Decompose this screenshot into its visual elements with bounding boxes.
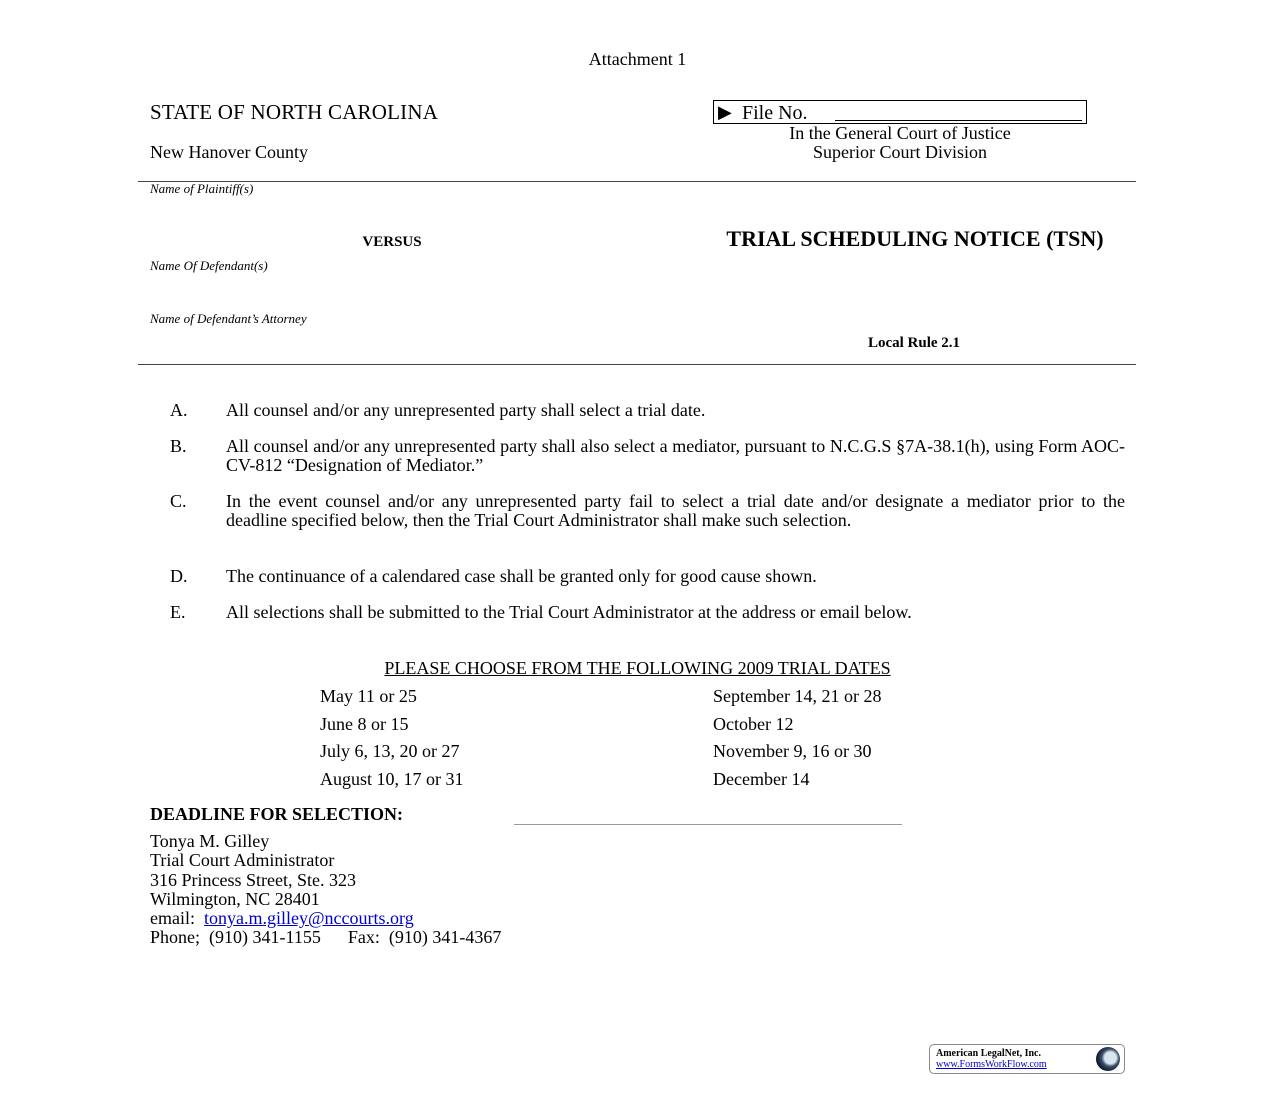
court-line-1: In the General Court of Justice bbox=[713, 123, 1087, 144]
item-text: All selections shall be submitted to the… bbox=[226, 603, 1125, 622]
fax-number: (910) 341-4367 bbox=[389, 927, 501, 947]
file-number-field[interactable]: ▶ File No. bbox=[713, 100, 1087, 124]
email-label: email: bbox=[150, 908, 195, 928]
attorney-label: Name of Defendant’s Attorney bbox=[150, 311, 307, 327]
trial-dates-left-column: May 11 or 25 June 8 or 15 July 6, 13, 20… bbox=[320, 683, 464, 793]
local-rule: Local Rule 2.1 bbox=[800, 335, 1028, 352]
email-link[interactable]: tonya.m.gilley@nccourts.org bbox=[204, 908, 414, 928]
instruction-item-d: D. The continuance of a calendared case … bbox=[170, 567, 1125, 586]
court-line-2: Superior Court Division bbox=[713, 142, 1087, 163]
badge-company: American LegalNet, Inc. bbox=[936, 1048, 1041, 1059]
contact-name: Tonya M. Gilley bbox=[150, 832, 501, 851]
phone-label: Phone; bbox=[150, 927, 200, 947]
deadline-field[interactable] bbox=[514, 824, 902, 825]
contact-title: Trial Court Administrator bbox=[150, 851, 501, 870]
item-text: The continuance of a calendared case sha… bbox=[226, 567, 1125, 586]
state-name: STATE OF NORTH CAROLINA bbox=[150, 100, 438, 125]
notice-title: TRIAL SCHEDULING NOTICE (TSN) bbox=[700, 227, 1130, 250]
trial-dates-heading: PLEASE CHOOSE FROM THE FOLLOWING 2009 TR… bbox=[0, 658, 1275, 679]
item-letter: B. bbox=[170, 437, 187, 456]
right-triangle-icon: ▶ bbox=[718, 102, 732, 122]
contact-email-row: email: tonya.m.gilley@nccourts.org bbox=[150, 909, 501, 928]
contact-phone-row: Phone; (910) 341-1155 Fax: (910) 341-436… bbox=[150, 928, 501, 947]
contact-address-2: Wilmington, NC 28401 bbox=[150, 890, 501, 909]
trial-date-option: October 12 bbox=[713, 711, 881, 739]
defendant-label: Name Of Defendant(s) bbox=[150, 258, 268, 274]
contact-block: Tonya M. Gilley Trial Court Administrato… bbox=[150, 832, 501, 948]
divider-top bbox=[138, 181, 1136, 182]
file-number-label: File No. bbox=[742, 102, 808, 124]
item-text: All counsel and/or any unrepresented par… bbox=[226, 401, 1125, 420]
american-legalnet-badge[interactable]: American LegalNet, Inc. www.FormsWorkFlo… bbox=[929, 1044, 1125, 1074]
deadline-label: DEADLINE FOR SELECTION: bbox=[150, 804, 403, 825]
instruction-item-b: B. All counsel and/or any unrepresented … bbox=[170, 437, 1125, 475]
fax-label: Fax: bbox=[348, 927, 380, 947]
instruction-item-c: C. In the event counsel and/or any unrep… bbox=[170, 492, 1125, 530]
trial-date-option: August 10, 17 or 31 bbox=[320, 766, 464, 794]
item-letter: A. bbox=[170, 401, 188, 420]
trial-date-option: September 14, 21 or 28 bbox=[713, 683, 881, 711]
badge-url-link[interactable]: www.FormsWorkFlow.com bbox=[936, 1059, 1047, 1070]
trial-date-option: May 11 or 25 bbox=[320, 683, 464, 711]
item-text: All counsel and/or any unrepresented par… bbox=[226, 437, 1125, 475]
trial-date-option: December 14 bbox=[713, 766, 881, 794]
phone-number: (910) 341-1155 bbox=[209, 927, 321, 947]
instruction-item-e: E. All selections shall be submitted to … bbox=[170, 603, 1125, 622]
county-name: New Hanover County bbox=[150, 142, 308, 163]
item-letter: D. bbox=[170, 567, 188, 586]
divider-bottom bbox=[138, 364, 1136, 365]
contact-address-1: 316 Princess Street, Ste. 323 bbox=[150, 871, 501, 890]
item-letter: C. bbox=[170, 492, 187, 511]
file-number-value[interactable] bbox=[835, 120, 1082, 121]
versus-label: VERSUS bbox=[292, 234, 492, 251]
instruction-item-a: A. All counsel and/or any unrepresented … bbox=[170, 401, 1125, 420]
trial-dates-right-column: September 14, 21 or 28 October 12 Novemb… bbox=[713, 683, 881, 793]
item-letter: E. bbox=[170, 603, 186, 622]
trial-date-option: June 8 or 15 bbox=[320, 711, 464, 739]
plaintiff-label: Name of Plaintiff(s) bbox=[150, 181, 253, 197]
trial-date-option: November 9, 16 or 30 bbox=[713, 738, 881, 766]
attachment-label: Attachment 1 bbox=[0, 49, 1275, 70]
globe-logo-icon bbox=[1096, 1047, 1120, 1071]
trial-date-option: July 6, 13, 20 or 27 bbox=[320, 738, 464, 766]
item-text: In the event counsel and/or any unrepres… bbox=[226, 492, 1125, 530]
